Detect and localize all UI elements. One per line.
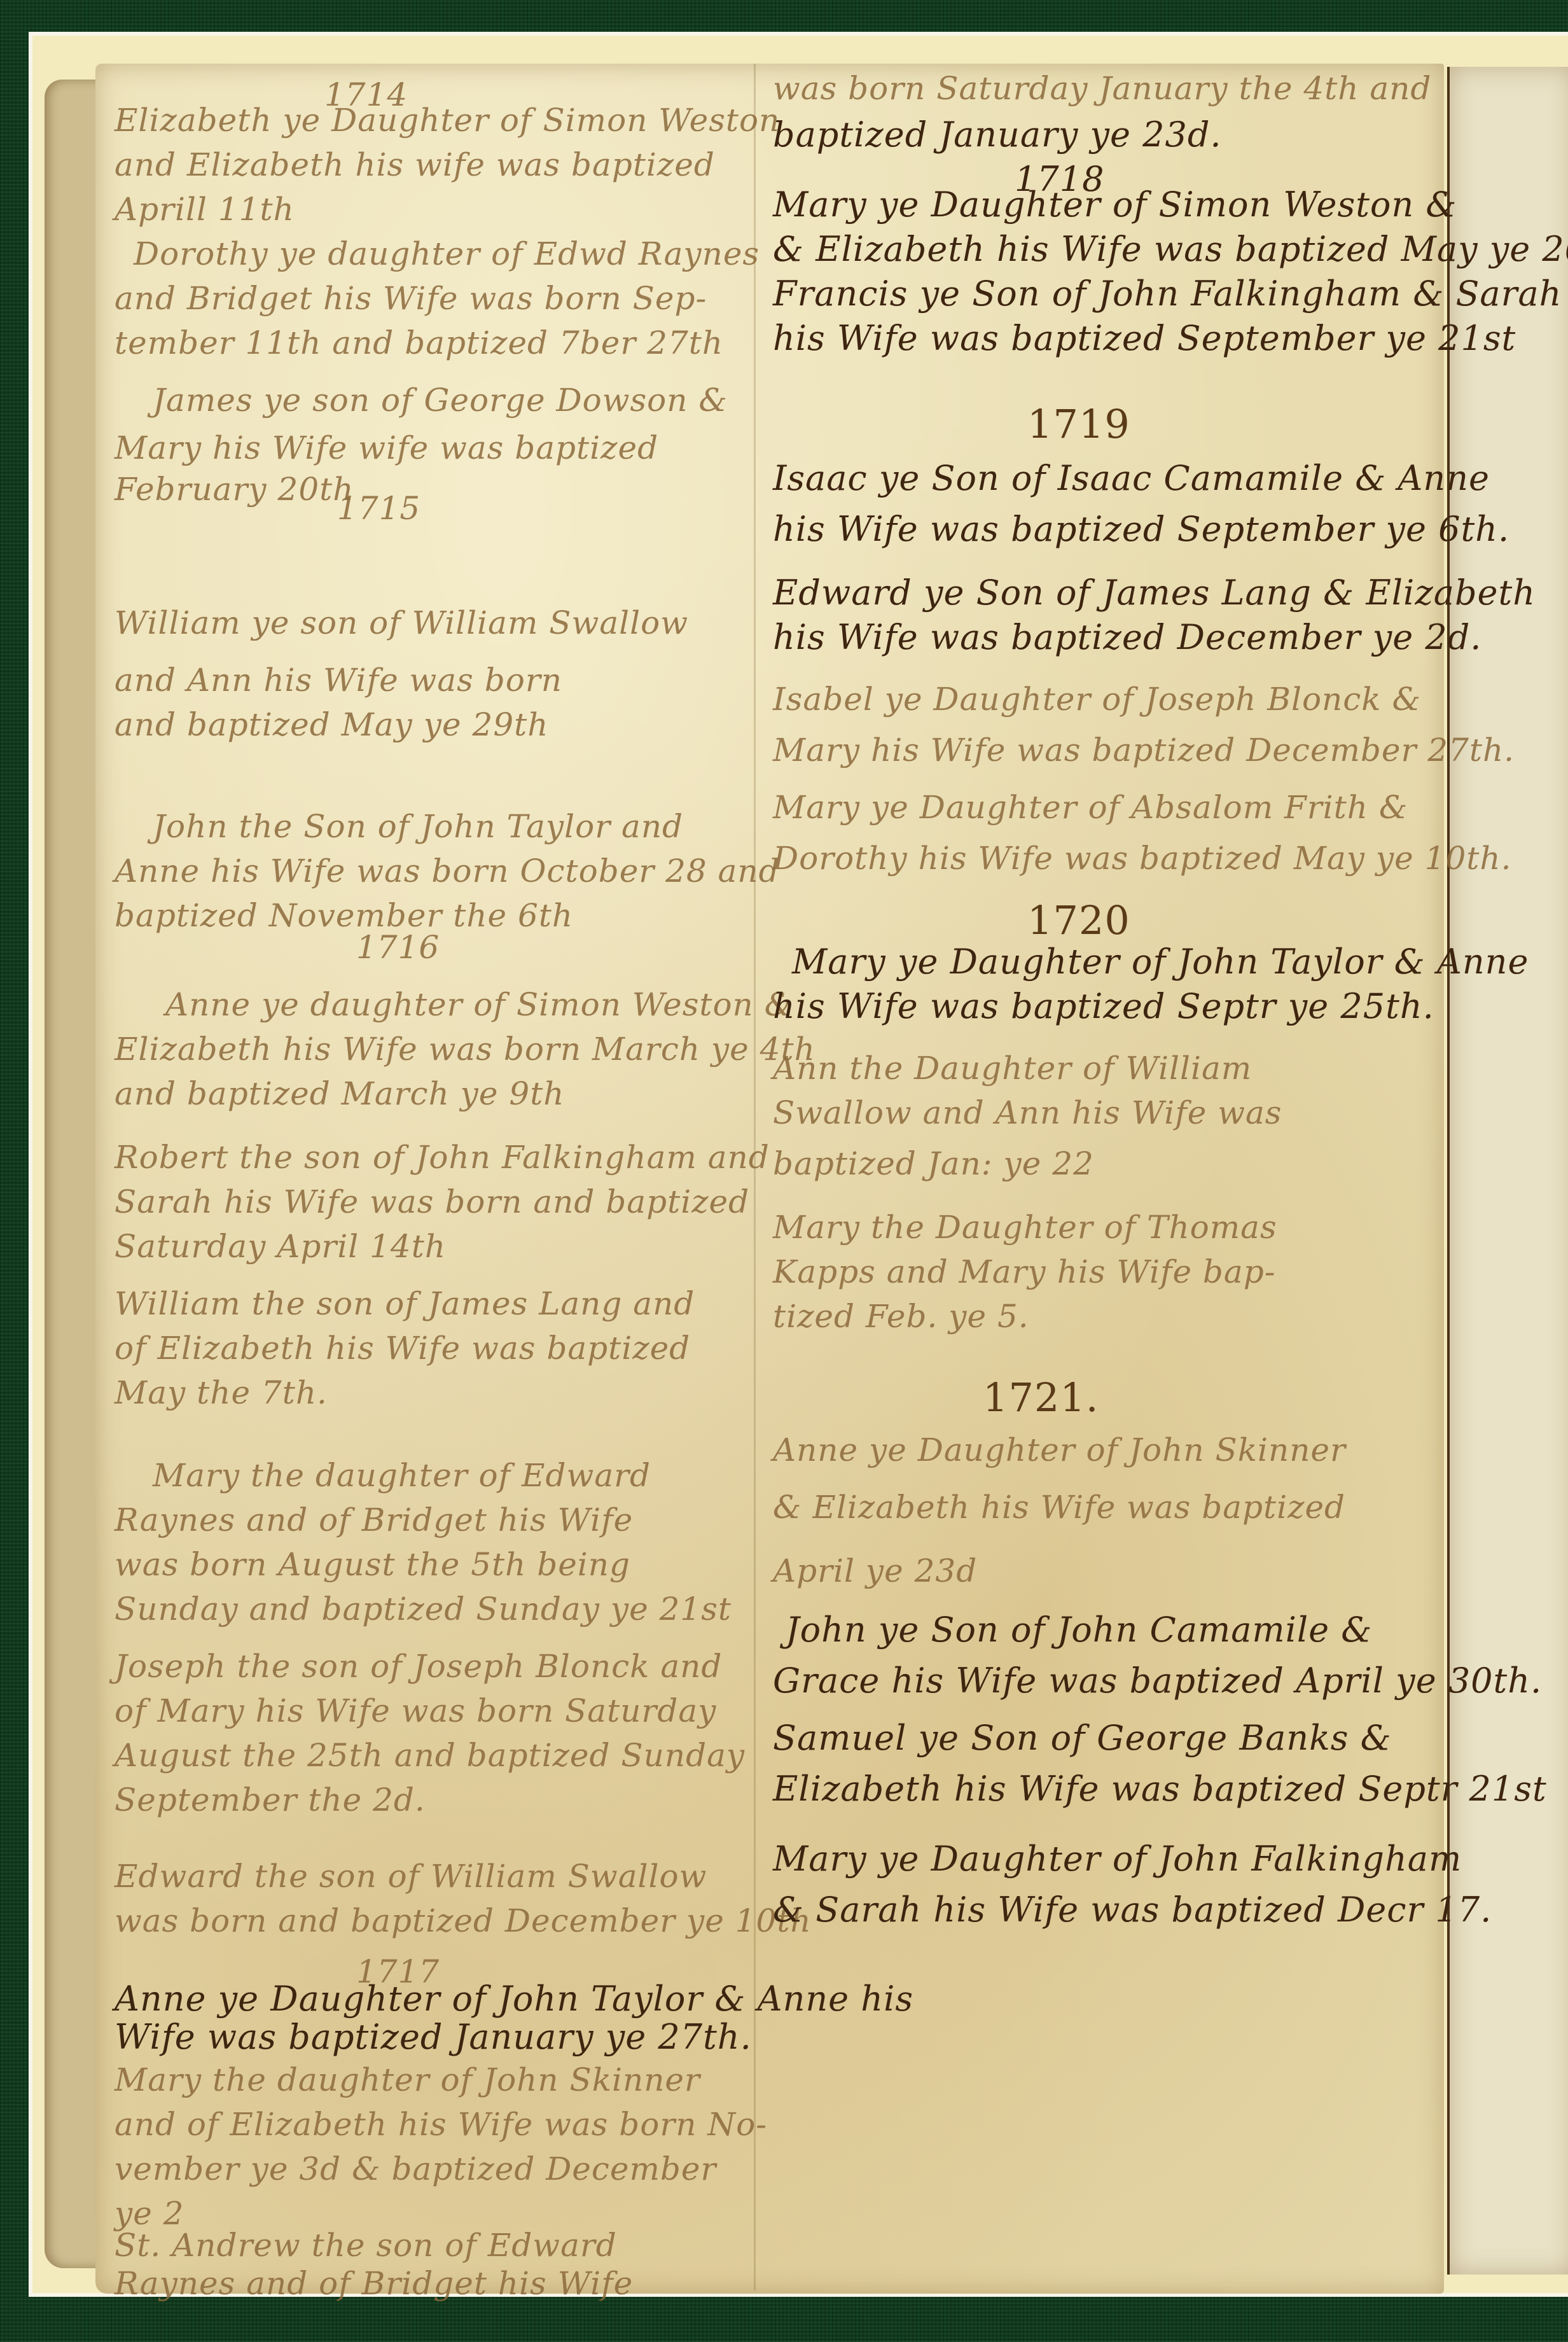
- register-entry-line: and Elizabeth his wife was baptized: [114, 146, 715, 183]
- register-entry-line: John ye Son of John Camamile &: [786, 1610, 1372, 1650]
- register-entry-line: his Wife was baptized December ye 2d.: [773, 617, 1481, 657]
- register-entry-line: baptized November the 6th: [114, 897, 573, 934]
- register-entry-line: was born Saturday January the 4th and: [773, 70, 1431, 107]
- register-entry-line: Mary his Wife wife was baptized: [114, 429, 658, 466]
- year-heading: 1719: [1027, 401, 1130, 447]
- register-entry-line: Saturday April 14th: [114, 1228, 446, 1265]
- register-entry-line: and Ann his Wife was born: [114, 662, 562, 699]
- register-entry-line: of Elizabeth his Wife was baptized: [114, 1330, 690, 1367]
- register-entry-line: tember 11th and baptized 7ber 27th: [114, 324, 723, 361]
- register-entry-line: Mary the Daughter of Thomas: [773, 1209, 1277, 1246]
- register-entry-line: and Bridget his Wife was born Sep-: [114, 280, 707, 317]
- register-entry-line: was born August the 5th being: [114, 1546, 630, 1583]
- column-divider: [754, 64, 756, 2290]
- register-entry-line: Samuel ye Son of George Banks &: [773, 1718, 1392, 1758]
- register-entry-line: & Elizabeth his Wife was baptized May ye…: [773, 229, 1568, 269]
- register-entry-line: Anne ye daughter of Simon Weston &: [165, 986, 793, 1023]
- register-entry-line: Sunday and baptized Sunday ye 21st: [114, 1591, 732, 1628]
- register-entry-line: Sarah his Wife was born and baptized: [114, 1183, 749, 1220]
- register-entry-line: September the 2d.: [114, 1781, 426, 1818]
- register-entry-line: February 20th: [114, 471, 354, 508]
- register-entry-line: William ye son of William Swallow: [114, 604, 688, 641]
- register-entry-line: Anne his Wife was born October 28 and: [114, 853, 780, 889]
- register-entry-line: Kapps and Mary his Wife bap-: [773, 1253, 1276, 1290]
- register-entry-line: of Mary his Wife was born Saturday: [114, 1692, 716, 1729]
- register-entry-line: and baptized March ye 9th: [114, 1075, 565, 1112]
- register-entry-line: Mary the daughter of John Skinner: [114, 2061, 700, 2098]
- register-entry-line: Isaac ye Son of Isaac Camamile & Anne: [773, 458, 1490, 498]
- register-entry-line: Aprill 11th: [114, 191, 295, 228]
- register-entry-line: Ann the Daughter of William: [773, 1050, 1252, 1087]
- register-entry-line: Robert the son of John Falkingham and: [114, 1139, 770, 1176]
- register-entry-line: & Elizabeth his Wife was baptized: [773, 1489, 1345, 1526]
- register-entry-line: Mary his Wife was baptized December 27th…: [773, 732, 1515, 769]
- register-entry-line: May the 7th.: [114, 1374, 328, 1411]
- register-entry-line: vember ye 3d & baptized December: [114, 2150, 716, 2187]
- register-entry-line: James ye son of George Dowson &: [153, 382, 728, 419]
- register-entry-line: John the Son of John Taylor and: [153, 808, 683, 845]
- register-entry-line: St. Andrew the son of Edward: [114, 2227, 617, 2264]
- register-entry-line: and baptized May ye 29th: [114, 706, 548, 743]
- register-entry-line: Elizabeth his Wife was baptized Septr 21…: [773, 1769, 1547, 1809]
- register-entry-line: Mary ye Daughter of John Taylor & Anne: [792, 942, 1529, 982]
- year-heading: 1716: [356, 929, 440, 966]
- register-entry-line: his Wife was baptized September ye 6th.: [773, 509, 1509, 549]
- register-entry-line: Anne ye Daughter of John Taylor & Anne h…: [114, 1979, 913, 2019]
- register-entry-line: Mary ye Daughter of Simon Weston &: [773, 185, 1457, 225]
- register-entry-line: Isabel ye Daughter of Joseph Blonck &: [773, 681, 1421, 718]
- register-entry-line: Mary ye Daughter of John Falkingham: [773, 1839, 1462, 1879]
- register-entry-line: Mary ye Daughter of Absalom Frith &: [773, 789, 1408, 826]
- register-entry-line: & Sarah his Wife was baptized Decr 17.: [773, 1890, 1492, 1930]
- register-entry-line: baptized January ye 23d.: [773, 115, 1222, 155]
- register-entry-line: William the son of James Lang and: [114, 1285, 695, 1322]
- register-entry-line: his Wife was baptized September ye 21st: [773, 318, 1516, 358]
- register-entry-line: Wife was baptized January ye 27th.: [114, 2017, 752, 2057]
- register-entry-line: his Wife was baptized Septr ye 25th.: [773, 986, 1434, 1026]
- register-entry-line: Raynes and of Bridget his Wife: [114, 2265, 633, 2302]
- adjacent-page-fragment: [1447, 67, 1568, 2275]
- register-entry-line: August the 25th and baptized Sunday: [114, 1737, 745, 1774]
- register-entry-line: Joseph the son of Joseph Blonck and: [114, 1648, 722, 1685]
- register-entry-line: Edward the son of William Swallow: [114, 1858, 707, 1895]
- register-entry-line: Dorothy his Wife was baptized May ye 10t…: [773, 840, 1511, 877]
- register-entry-line: Edward ye Son of James Lang & Elizabeth: [773, 573, 1536, 613]
- register-entry-line: Raynes and of Bridget his Wife: [114, 1502, 633, 1538]
- register-entry-line: and of Elizabeth his Wife was born No-: [114, 2106, 767, 2143]
- register-entry-line: Swallow and Ann his Wife was: [773, 1094, 1282, 1131]
- year-heading: 1720: [1027, 897, 1130, 944]
- register-entry-line: Grace his Wife was baptized April ye 30t…: [773, 1661, 1542, 1701]
- register-entry-line: April ye 23d: [773, 1552, 977, 1589]
- register-entry-line: Elizabeth his Wife was born March ye 4th: [114, 1031, 815, 1068]
- year-heading: 1721.: [983, 1374, 1099, 1421]
- register-entry-line: baptized Jan: ye 22: [773, 1145, 1094, 1182]
- register-entry-line: Francis ye Son of John Falkingham & Sara…: [773, 274, 1562, 314]
- register-entry-line: was born and baptized December ye 10th: [114, 1902, 812, 1939]
- register-entry-line: Elizabeth ye Daughter of Simon Weston: [114, 102, 780, 139]
- register-entry-line: Anne ye Daughter of John Skinner: [773, 1432, 1346, 1468]
- year-heading: 1715: [337, 490, 420, 527]
- register-entry-line: Mary the daughter of Edward: [153, 1457, 651, 1494]
- register-entry-line: Dorothy ye daughter of Edwd Raynes: [134, 235, 760, 272]
- register-entry-line: tized Feb. ye 5.: [773, 1298, 1029, 1335]
